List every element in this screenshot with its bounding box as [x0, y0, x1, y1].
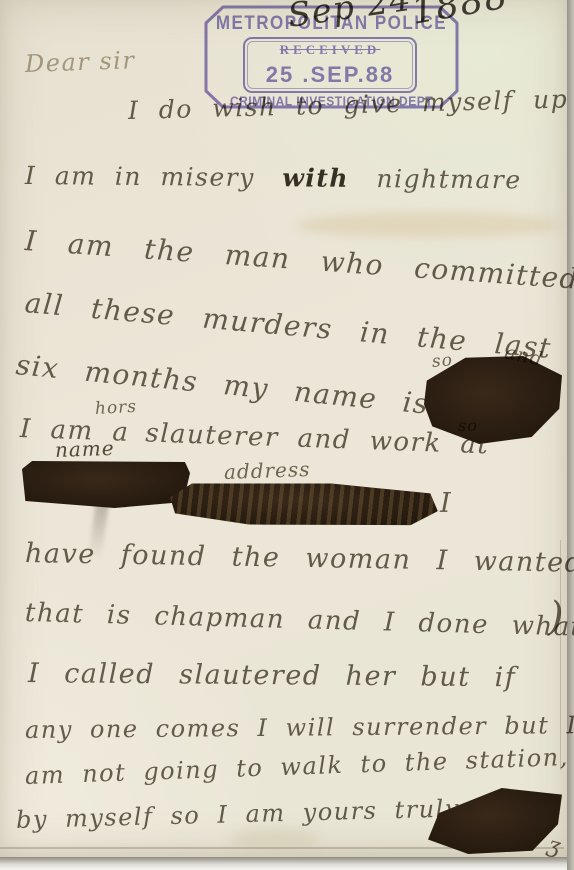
letter-photo: METROPOLITAN POLICE RECEIVED 25 .SEP.88 …: [0, 0, 574, 870]
stamp-received-label: RECEIVED: [245, 42, 415, 58]
paper-stain: [296, 212, 562, 238]
redaction-name-bar: [22, 458, 190, 508]
pencil-note-horse: hors: [94, 397, 137, 419]
pencil-note-so-upper: so: [431, 350, 454, 372]
pencil-note-address: address: [224, 457, 311, 484]
pencil-note-name: name: [55, 436, 115, 462]
photo-edge-bottom: [0, 857, 574, 870]
letter-line-7-solo-i: I: [440, 488, 452, 519]
letter-line-2-with: with: [282, 163, 349, 193]
salutation: Dear sir: [25, 46, 136, 78]
photo-edge-right: [567, 0, 574, 870]
word-gap: [129, 441, 145, 442]
stamp-date: 25 .SEP.88: [245, 62, 415, 88]
letter-line-10: I called slautered her but if: [28, 658, 516, 693]
letter-line-2-post: nightmare: [376, 164, 521, 194]
pencil-note-so-lower: so: [458, 416, 478, 435]
letter-line-2-pre: I am in misery: [25, 161, 255, 192]
ink-mark-paren: ): [548, 594, 564, 640]
letter-line-11: any one comes I will surrender but I: [25, 711, 574, 744]
letter-line-2: I am in misery with nightmare: [25, 161, 522, 194]
stamp-received-box: RECEIVED 25 .SEP.88: [243, 37, 417, 93]
